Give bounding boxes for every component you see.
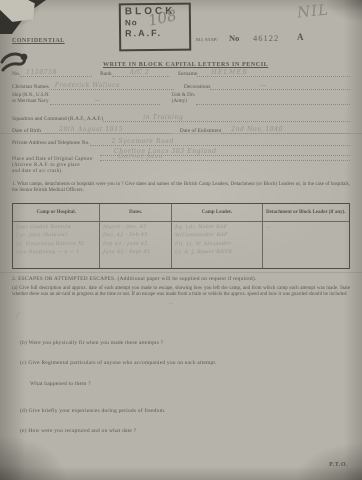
capture-label-line2: (Aircrew R.A.F. to give place <box>12 163 80 168</box>
camp-line: also Bandoeng — a — 1 <box>16 249 96 258</box>
dob-field: 28th August 1915 <box>41 125 170 134</box>
section2-b: (b) Were you physically fit when you mad… <box>20 340 163 346</box>
squadron-value: in Training <box>103 114 183 121</box>
christian-names-label: Christian Names <box>12 84 49 90</box>
unit-label-line1: Unit & Div. <box>172 93 196 98</box>
form-reference: M.I. 9/JAP/ <box>196 37 218 42</box>
address-label: Private Address and Telephone No. <box>12 140 90 146</box>
ship-label-line1: Ship (R.N., U.S.N. <box>12 93 50 98</box>
camps-table: Camp or Hospital. Dates. Camp Leader. De… <box>12 203 350 269</box>
pto-label: P.T.O. <box>329 462 348 468</box>
surname-label: Surname <box>170 71 198 77</box>
ship-field: — <box>50 96 160 105</box>
stamp-line-raf: R.A.F. <box>125 28 185 39</box>
row-dob-enlistment: Date of Birth 28th August 1915 Date of E… <box>12 125 350 134</box>
decorations-value: — <box>210 82 267 89</box>
enlistment-field: 2nd Nov. 1940 <box>221 125 350 134</box>
no-label: No. <box>12 71 20 77</box>
section2-a: (a) Give full description and approx. da… <box>12 286 350 298</box>
surname-field: HELMER <box>197 68 350 77</box>
decorations-field: — <box>210 81 350 90</box>
dates-line: June 45 - Sept 45 <box>103 249 168 258</box>
row-no-rank-surname: No. 1150758 Rank A/C 2 Surname HELMER <box>12 68 350 77</box>
cell-leaders: Sq. Ldr. Noble RAF W/Commander RAF Flt. … <box>172 222 262 268</box>
address-value-1: 2 Sycamore Road <box>90 138 174 145</box>
col-detachment-leader: Detachment or Block Leader (if any). <box>263 204 349 221</box>
christian-names-value: Frederick Wallace <box>49 82 120 89</box>
address-field-line1: 2 Sycamore Road <box>90 137 350 146</box>
pencil-mark: ~ <box>168 300 174 308</box>
col-dates: Dates. <box>100 204 172 221</box>
camps-table-header: Camp or Hospital. Dates. Camp Leader. De… <box>13 204 349 222</box>
section2-heading: 2. ESCAPES OR ATTEMPTED ESCAPES. (Additi… <box>12 276 257 282</box>
rank-field: A/C 2 <box>112 68 170 77</box>
ship-value: — <box>50 97 102 104</box>
no-value: 1150758 <box>20 69 57 76</box>
enlistment-value: 2nd Nov. 1940 <box>221 126 283 133</box>
squadron-field: in Training <box>103 113 350 122</box>
crease-line <box>0 272 362 273</box>
enlistment-label: Date of Enlistment <box>170 128 222 134</box>
dob-value: 28th August 1915 <box>41 126 123 133</box>
rank-label: Rank <box>92 71 112 77</box>
col-camp-or-hospital: Camp or Hospital. <box>13 204 100 221</box>
section1-question: 1. What camps, detachments or hospitals … <box>12 182 350 194</box>
row-ship-unit: Ship (R.N., U.S.N. or Merchant Navy — Un… <box>12 93 350 105</box>
rank-value: A/C 2 <box>112 69 150 76</box>
section2-c2: What happened to them ? <box>30 381 91 387</box>
section2-d: (d) Give briefly your experiences during… <box>20 408 166 414</box>
ship-label: Ship (R.N., U.S.N. or Merchant Navy <box>12 93 50 105</box>
unit-label-line2: (Army) <box>172 99 187 104</box>
surname-value: HELMER <box>197 69 248 76</box>
col-camp-leader: Camp Leader. <box>172 204 263 221</box>
dates-line: Dec. 42 - Feb 43 <box>103 232 168 241</box>
cell-detachment: — <box>263 222 349 268</box>
capture-value: Garoet Java <box>118 152 163 160</box>
unit-field <box>196 96 350 105</box>
cell-camps: Boei Glodok Batavia Lyc. Java (Batavia) … <box>13 222 100 268</box>
squadron-label: Squadron and Command (R.A.F., A.A.F.) <box>12 116 103 122</box>
no-field: 1150758 <box>20 68 92 77</box>
scanned-form-page: CONFIDENTIAL BLOCK No R.A.F. 108 M.I. 9/… <box>0 0 362 480</box>
capture-label-line3: and date of a/c crash). <box>12 169 63 174</box>
unit-label: Unit & Div. (Army) <box>160 93 196 105</box>
serial-no-label: No <box>229 33 239 43</box>
decorations-label: Decorations <box>174 84 211 90</box>
leader-line: Lt. A. J. Bower RNVR <box>175 249 259 258</box>
section2-e: (e) How were you recaptured and on what … <box>20 428 136 434</box>
christian-names-field: Frederick Wallace <box>49 81 174 90</box>
dob-label: Date of Birth <box>12 128 41 134</box>
row-address: Private Address and Telephone No. 2 Syca… <box>12 137 350 146</box>
pencil-mark: / <box>16 311 19 320</box>
ship-label-line2: or Merchant Navy <box>12 99 49 104</box>
camps-table-body: Boei Glodok Batavia Lyc. Java (Batavia) … <box>13 222 349 268</box>
handwritten-nil: NIL <box>296 0 330 21</box>
section2-c: (c) Give Regimental particulars of anyon… <box>20 360 217 366</box>
detachment-line: — <box>266 224 346 233</box>
serial-number: 46122 <box>253 33 279 43</box>
serial-suffix: A <box>297 32 304 42</box>
cell-dates: March - Dec. 42 Dec. 42 - Feb 43 Feb 43 … <box>100 222 172 268</box>
capture-label-line1: Place and Date of Original Capture <box>12 157 93 162</box>
row-squadron: Squadron and Command (R.A.F., A.A.F.) in… <box>12 113 350 122</box>
confidential-label: CONFIDENTIAL <box>12 38 65 44</box>
row-christian-decorations: Christian Names Frederick Wallace Decora… <box>12 81 350 90</box>
